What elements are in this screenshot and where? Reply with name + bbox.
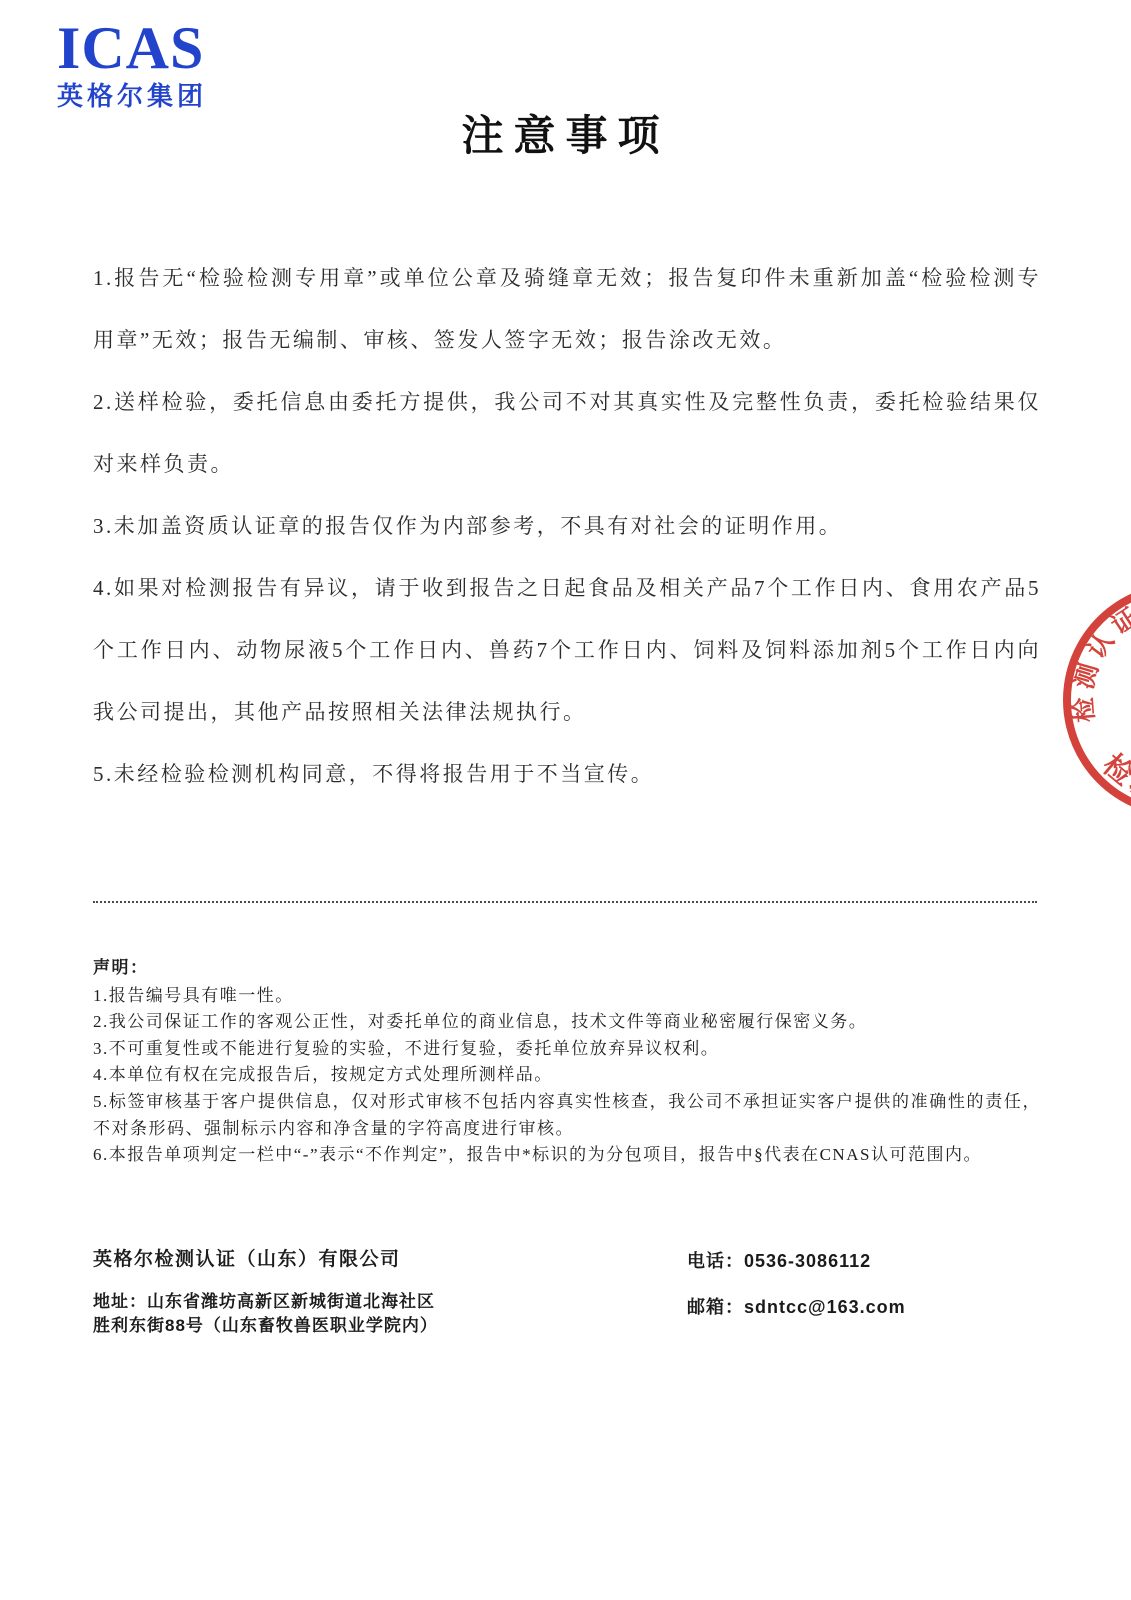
footer-right-column: 电话：0536-3086112 邮箱：sdntcc@163.com [687,1248,1071,1318]
document-page: ICAS 英格尔集团 注意事项 1.报告无“检验检测专用章”或单位公章及骑缝章无… [0,0,1131,1600]
declaration-section: 声明： 1.报告编号具有唯一性。 2.我公司保证工作的客观公正性，对委托单位的商… [93,955,1041,1169]
footer-phone: 电话：0536-3086112 [687,1250,1071,1272]
declaration-item: 4.本单位有权在完成报告后，按规定方式处理所测样品。 [93,1062,1041,1089]
declaration-item: 6.本报告单项判定一栏中“-”表示“不作判定”，报告中*标识的为分包项目，报告中… [93,1142,1041,1169]
stamp-ring [1043,563,1131,837]
svg-text:检测认证: 检测认证 [1046,597,1131,728]
company-logo: ICAS 英格尔集团 [57,18,207,112]
notes-list: 1.报告无“检验检测专用章”或单位公章及骑缝章无效；报告复印件未重新加盖“检验检… [93,247,1041,805]
footer-email: 邮箱：sdntcc@163.com [687,1296,1071,1318]
note-item: 3.未加盖资质认证章的报告仅作为内部参考，不具有对社会的证明作用。 [93,495,1041,557]
footer-address-line1: 地址：山东省潍坊高新区新城街道北海社区 [93,1290,687,1314]
footer-left-column: 英格尔检测认证（山东）有限公司 地址：山东省潍坊高新区新城街道北海社区 胜利东街… [93,1248,687,1338]
note-item: 4.如果对检测报告有异议，请于收到报告之日起食品及相关产品7个工作日内、食用农产… [93,557,1041,743]
note-item: 1.报告无“检验检测专用章”或单位公章及骑缝章无效；报告复印件未重新加盖“检验检… [93,247,1041,371]
footer-address-line2: 胜利东街88号（山东畜牧兽医职业学院内） [93,1314,687,1338]
svg-text:检验检测: 检验检测 [1092,725,1131,831]
declaration-list: 1.报告编号具有唯一性。 2.我公司保证工作的客观公正性，对委托单位的商业信息，… [93,983,1041,1169]
note-item: 5.未经检验检测机构同意，不得将报告用于不当宣传。 [93,743,1041,805]
declaration-heading: 声明： [93,955,1041,982]
logo-icas-text: ICAS [57,18,207,78]
declaration-item: 5.标签审核基于客户提供信息，仅对形式审核不包括内容真实性核查，我公司不承担证实… [93,1089,1041,1142]
note-item: 2.送样检验，委托信息由委托方提供，我公司不对其真实性及完整性负责，委托检验结果… [93,371,1041,495]
page-title: 注意事项 [0,103,1131,163]
dotted-divider [93,901,1037,903]
footer: 英格尔检测认证（山东）有限公司 地址：山东省潍坊高新区新城街道北海社区 胜利东街… [93,1248,1071,1338]
stamp-bottom-text: 检验检测 [1092,725,1131,831]
footer-company-name: 英格尔检测认证（山东）有限公司 [93,1248,687,1272]
declaration-item: 3.不可重复性或不能进行复验的实验，不进行复验，委托单位放弃异议权利。 [93,1036,1041,1063]
stamp-top-text: 检测认证 [1046,597,1131,728]
declaration-item: 1.报告编号具有唯一性。 [93,983,1041,1010]
declaration-item: 2.我公司保证工作的客观公正性，对委托单位的商业信息，技术文件等商业秘密履行保密… [93,1009,1041,1036]
stamp-star-icon [1126,645,1131,747]
